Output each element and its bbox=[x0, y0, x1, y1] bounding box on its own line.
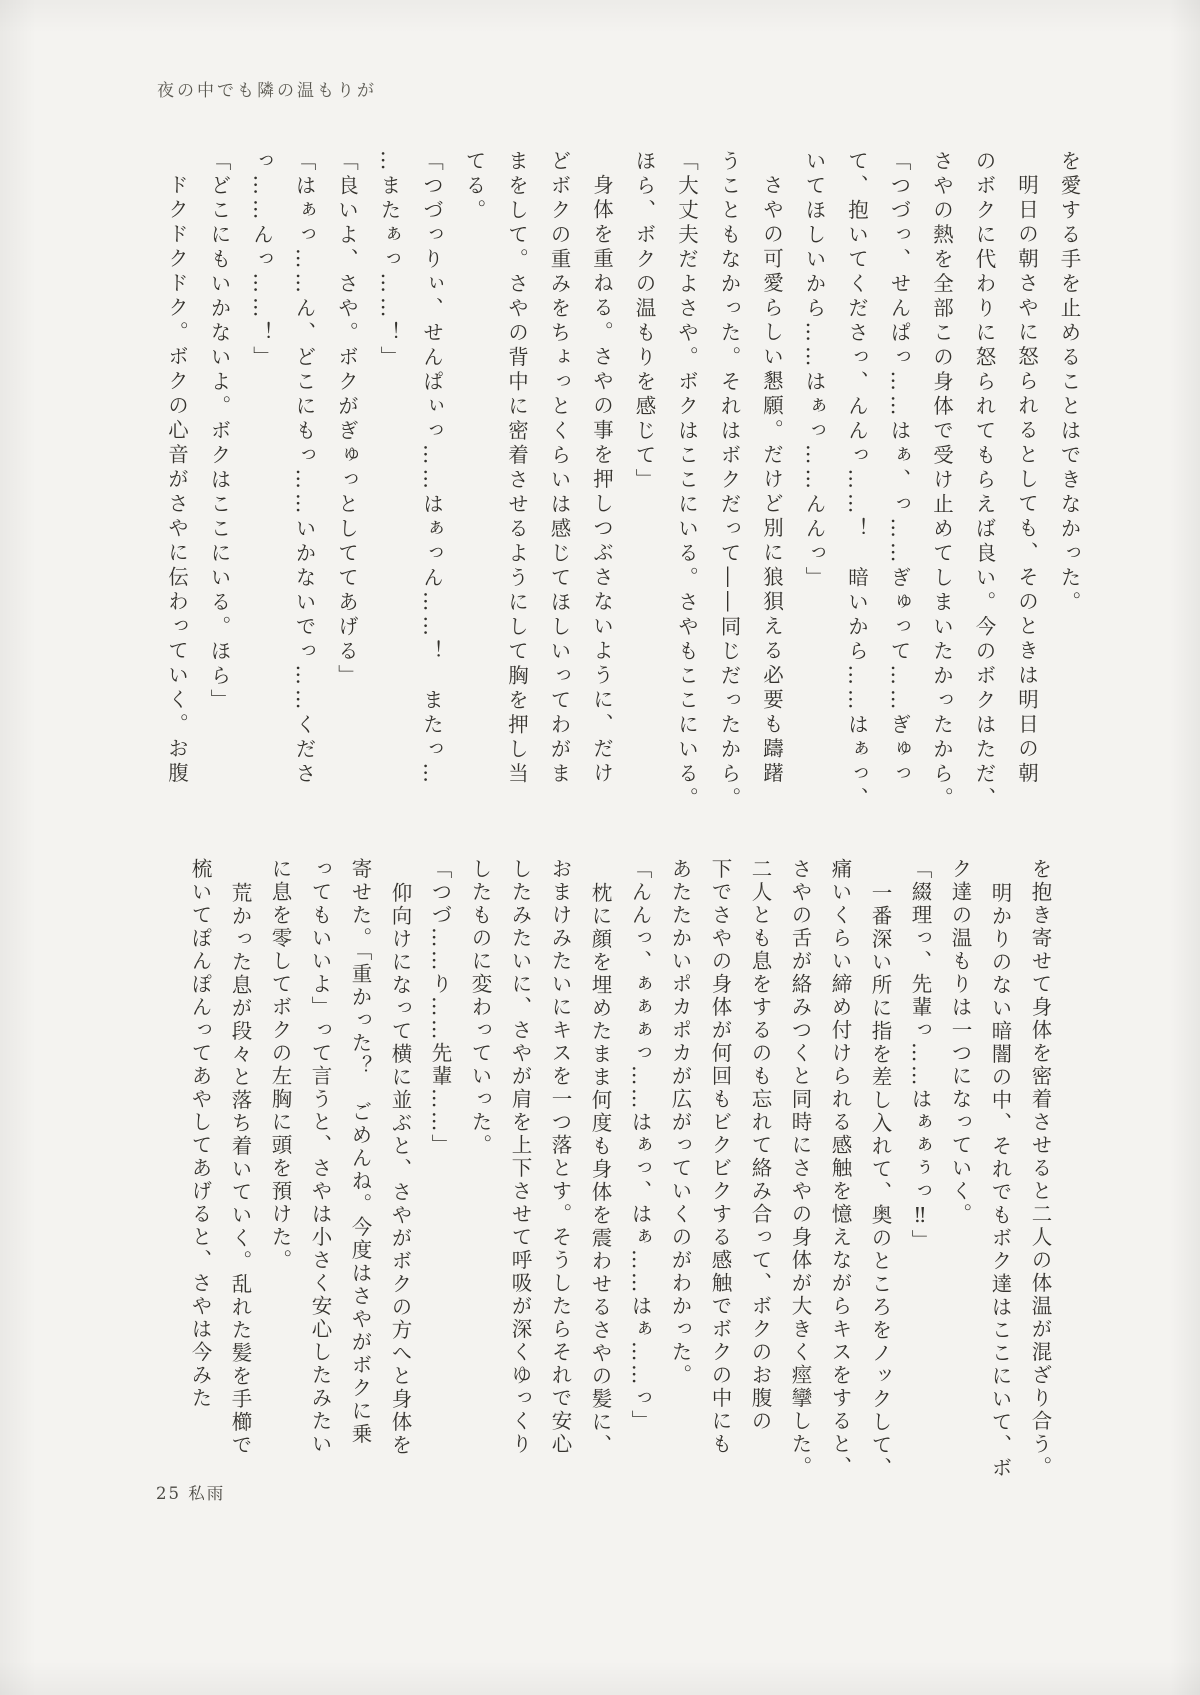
text-column: したものに変わっていった。 bbox=[460, 858, 500, 1490]
text-column: 二人とも息をするのも忘れて絡み合って、ボクのお腹の bbox=[740, 858, 780, 1490]
text-column: 一番深い所に指を差し入れて、奥のところをノックして、 bbox=[860, 858, 900, 1490]
text-column: さやの舌が絡みつくと同時にさやの身体が大きく痙攣した。 bbox=[780, 858, 820, 1490]
text-column: いてほしいから……はぁっ……んんっ」 bbox=[793, 150, 836, 828]
text-column: さやの可愛らしい懇願。だけど別に狼狽える必要も躊躇 bbox=[750, 150, 793, 828]
text-column: 荒かった息が段々と落ち着いていく。乱れた髪を手櫛で bbox=[220, 858, 260, 1490]
text-column: うこともなかった。それはボクだって――同じだったから。 bbox=[708, 150, 751, 828]
text-column: てる。 bbox=[453, 150, 496, 828]
text-column: のボクに代わりに怒られてもらえば良い。今のボクはただ、 bbox=[963, 150, 1006, 828]
text-column: 「綴理っ、先輩っ……はぁぁぅっ‼」 bbox=[900, 858, 940, 1490]
text-column: を愛する手を止めることはできなかった。 bbox=[1048, 150, 1091, 828]
text-column: 枕に顔を埋めたまま何度も身体を震わせるさやの髪に、 bbox=[580, 858, 620, 1490]
text-column: 明かりのない暗闇の中、それでもボク達はここにいて、ボ bbox=[980, 858, 1020, 1490]
text-column: さやの熱を全部この身体で受け止めてしまいたかったから。 bbox=[920, 150, 963, 828]
text-column: ってもいいよ」って言うと、さやは小さく安心したみたい bbox=[300, 858, 340, 1490]
text-column: まをして。さやの背中に密着させるようにして胸を押し当 bbox=[495, 150, 538, 828]
text-column: 「つづっりぃ、せんぱぃっ……はぁっん……！ またっ… bbox=[410, 150, 453, 828]
text-column: 「んんっ、ぁぁぁっ……はぁっ、はぁ……はぁ……っ」 bbox=[620, 858, 660, 1490]
text-column: 「良いよ、さや。ボクがぎゅっとしててあげる」 bbox=[325, 150, 368, 828]
body-text-bottom-block: を抱き寄せて身体を密着させると二人の体温が混ざり合う。 明かりのない暗闇の中、そ… bbox=[178, 858, 1060, 1490]
text-column: したみたいに、さやが肩を上下させて呼吸が深くゆっくり bbox=[500, 858, 540, 1490]
text-column: 下でさやの身体が何回もビクビクする感触でボクの中にも bbox=[700, 858, 740, 1490]
text-column: …またぁっ……！」 bbox=[368, 150, 411, 828]
text-column: 寄せた。「重かった？ ごめんね。今度はさやがボクに乗 bbox=[340, 858, 380, 1490]
text-column: っ……んっ……！」 bbox=[240, 150, 283, 828]
text-column: おまけみたいにキスを一つ落とす。そうしたらそれで安心 bbox=[540, 858, 580, 1490]
text-column: 「どこにもいかないよ。ボクはここにいる。ほら」 bbox=[198, 150, 241, 828]
text-column: ほら、ボクの温もりを感じて」 bbox=[623, 150, 666, 828]
text-column: て、抱いてくださっ、んんっ……！ 暗いから……はぁっ、 bbox=[835, 150, 878, 828]
body-text-top-block: を愛する手を止めることはできなかった。 明日の朝さやに怒られるとしても、そのとき… bbox=[154, 150, 1090, 828]
text-column: に息を零してボクの左胸に頭を預けた。 bbox=[260, 858, 300, 1490]
text-column: 梳いてぽんぽんってあやしてあげると、さやは今みた bbox=[180, 858, 220, 1490]
text-column: 痛いくらい締め付けられる感触を憶えながらキスをすると、 bbox=[820, 858, 860, 1490]
text-column: 「大丈夫だよさや。ボクはここにいる。さやもここにいる。 bbox=[665, 150, 708, 828]
text-column: ク達の温もりは一つになっていく。 bbox=[940, 858, 980, 1490]
text-column: どボクの重みをちょっとくらいは感じてほしいってわがま bbox=[538, 150, 581, 828]
text-column: を抱き寄せて身体を密着させると二人の体温が混ざり合う。 bbox=[1020, 858, 1060, 1490]
text-column: 「つづ……り……先輩……」 bbox=[420, 858, 460, 1490]
page-number-folio: 25 私雨 bbox=[156, 1480, 225, 1504]
text-column: ドクドクドク。ボクの心音がさやに伝わっていく。お腹 bbox=[155, 150, 198, 828]
text-column: 「つづっ、せんぱっ……はぁ、っ……ぎゅって……ぎゅっ bbox=[878, 150, 921, 828]
text-column: 「はぁっ……ん、どこにもっ……いかないでっ……くださ bbox=[283, 150, 326, 828]
text-column: 身体を重ねる。さやの事を押しつぶさないように、だけ bbox=[580, 150, 623, 828]
running-header-title: 夜の中でも隣の温もりが bbox=[157, 76, 377, 101]
text-column: 明日の朝さやに怒られるとしても、そのときは明日の朝 bbox=[1005, 150, 1048, 828]
text-column: 仰向けになって横に並ぶと、さやがボクの方へと身体を bbox=[380, 858, 420, 1490]
text-column: あたたかいポカポカが広がっていくのがわかった。 bbox=[660, 858, 700, 1490]
